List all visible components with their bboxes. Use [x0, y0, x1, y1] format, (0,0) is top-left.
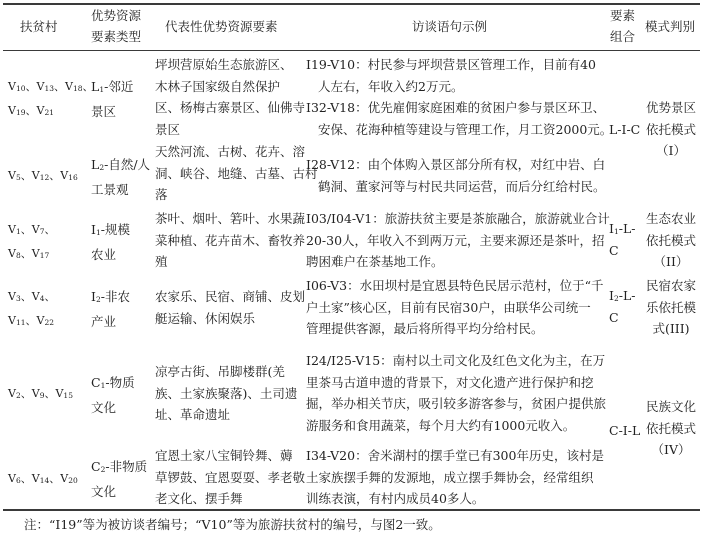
header-representative: 代表性优势资源要素 [165, 16, 278, 37]
representative-cell: 茶叶、烟叶、箬叶、水果蔬 菜种植、花卉苗木、畜牧养 殖 [155, 208, 305, 273]
mode-cell: 优势景区 依托模式 （I） [645, 97, 697, 162]
header-village: 扶贫村 [20, 16, 58, 37]
village-cell: V1、V7、 V8、V17 [8, 219, 55, 266]
representative-cell: 天然河流、古树、花卉、溶 洞、峡谷、地缝、古墓、古村 落 [155, 141, 318, 206]
combo-cell: C-I-L [609, 420, 640, 442]
resource-type-cell: C2-非物质文化 [91, 456, 147, 502]
mode-cell: 生态农业 依托模式 （II） [645, 208, 697, 273]
village-cell: V3、V4、 V11、V22 [8, 286, 55, 333]
combo-cell: I1-L-C [609, 219, 635, 260]
header-combo-line1: 要素 [610, 5, 635, 26]
resource-type-cell: I2-非农产业 [91, 286, 130, 332]
village-cell: V2、V9、V15 [8, 383, 73, 407]
interview-cell: I19-V10：村民参与坪坝营景区管理工作，目前有40 人左右，年收入约2万元。… [306, 54, 612, 141]
header-interview: 访谈语句示例 [412, 16, 487, 37]
interview-cell: I03/I04-V1：旅游扶贫主要是茶旅融合，旅游就业合计 20-30人，年收入… [306, 208, 610, 273]
resource-type-cell: C1-物质文化 [91, 372, 135, 418]
resource-type-cell: I1-规模农业 [91, 219, 130, 265]
representative-cell: 宜恩土家八宝铜铃舞、薅 草锣鼓、宜恩耍耍、孝老敬 老文化、摆手舞 [155, 445, 305, 510]
village-cell: V5、V12、V16 [8, 165, 78, 189]
interview-cell: I28-V12：由个体购入景区部分所有权，对红中岩、白 鹤洞、董家河等与村民共同… [306, 154, 606, 197]
header-resource-type: 优势资源 要素类型 [91, 5, 141, 47]
interview-cell: I24/I25-V15：南村以土司文化及红色文化为主，在万 里茶马古道申遗的背景… [306, 350, 606, 437]
interview-cell: I34-V20：舍米湖村的摆手堂已有300年历史，该村是 土家族摆手舞的发源地，… [306, 445, 604, 510]
representative-cell: 凉亭古街、吊脚楼群(羌 族、土家族聚落)、土司遗 址、革命遗址 [155, 361, 297, 426]
header-combo: 要素 组合 [610, 5, 635, 47]
resource-type-cell: L1-邻近景区 [91, 76, 133, 122]
representative-cell: 农家乐、民宿、商铺、皮划 艇运输、休闲娱乐 [155, 286, 305, 329]
mode-cell: 民族文化 依托模式 （IV） [645, 396, 697, 461]
resource-type-cell: L2-自然/人工景观 [91, 154, 150, 200]
header-resource-type-line1: 优势资源 [91, 5, 141, 26]
interview-cell: I06-V3：水田坝村是宜恩县特色民居示范村，位于“千 户土家”核心区，目前有民… [306, 275, 604, 340]
combo-cell: L-I-C [609, 119, 640, 141]
combo-cell: I2-L-C [609, 286, 635, 327]
representative-cell: 坪坝营原始生态旅游区、 木林子国家级自然保护 区、杨梅古寨景区、仙佛寺 景区 [155, 54, 305, 141]
table-header-rule [3, 50, 700, 51]
header-mode: 模式判别 [645, 16, 695, 37]
header-combo-line2: 组合 [610, 26, 635, 47]
village-cell: V10、V13、V18、 V19、V21 [8, 76, 94, 123]
table-footnote: 注：“I19”等为被访谈者编号；“V10”等为旅游扶贫村的编号，与图2一致。 [24, 515, 441, 535]
header-resource-type-line2: 要素类型 [91, 26, 141, 47]
mode-cell: 民宿农家 乐依托模 式(III) [645, 275, 697, 340]
village-cell: V6、V14、V20 [8, 468, 78, 492]
